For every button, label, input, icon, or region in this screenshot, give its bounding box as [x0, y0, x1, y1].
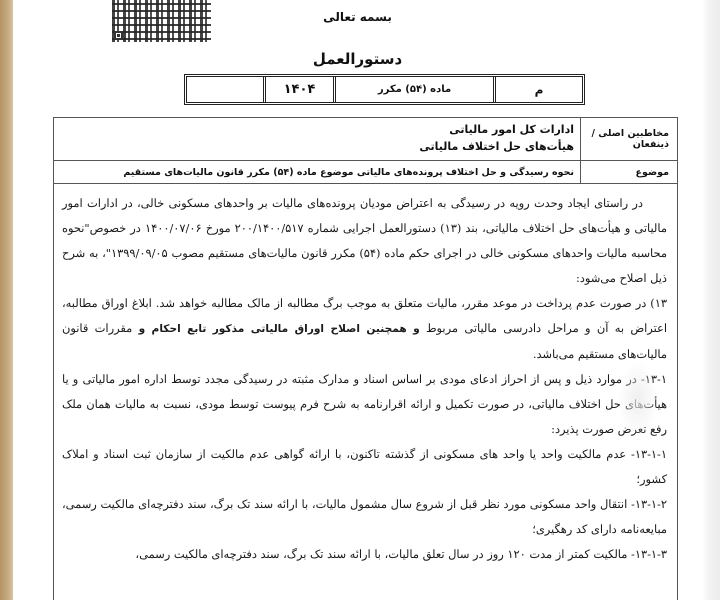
- paragraph-13-1-2: ۱۳-۱-۲- انتقال واحد مسکونی مورد نظر قبل …: [62, 492, 667, 542]
- scan-edge-right: [702, 0, 720, 600]
- subject-row: موضوع نحوه رسیدگی و حل اختلاف پرونده‌های…: [54, 161, 677, 184]
- document-title: دستورالعمل: [13, 50, 702, 68]
- reference-article: ماده (۵۴) مکرر: [333, 77, 493, 102]
- invocation-heading: بسمه تعالی: [13, 10, 702, 24]
- paragraph-13: ۱۳) در صورت عدم پرداخت در موعد مقرر، مال…: [62, 291, 667, 367]
- recipients-list: ادارات کل امور مالیاتی هیأت‌های حل اختلا…: [54, 118, 580, 160]
- reference-empty-cell: [187, 77, 263, 102]
- document-page: بسمه تعالی دستورالعمل ۱۴۰۴ ماده (۵۴) مکر…: [13, 0, 702, 600]
- paragraph-13-1-3: ۱۳-۱-۳- مالکیت کمتر از مدت ۱۲۰ روز در سا…: [62, 542, 667, 567]
- paragraph-13-1: ۱۳-۱- در موارد ذیل و پس از احراز ادعای م…: [62, 367, 667, 442]
- recipient-item: هیأت‌های حل اختلاف مالیاتی: [60, 138, 574, 155]
- recipient-item: ادارات کل امور مالیاتی: [60, 121, 574, 138]
- scan-edge-left: [0, 0, 13, 600]
- reference-table: ۱۴۰۴ ماده (۵۴) مکرر م: [184, 74, 585, 105]
- paragraph-13-bold-amendment: و همچنین اصلاح اوراق مالیاتی مذکور تابع …: [139, 323, 420, 335]
- subject-text: نحوه رسیدگی و حل اختلاف پرونده‌های مالیا…: [54, 161, 580, 183]
- paragraph-13-1-1: ۱۳-۱-۱- عدم مالکیت واحد یا واحد های مسکو…: [62, 442, 667, 492]
- reference-code: م: [493, 77, 582, 102]
- qr-finder-pattern: [114, 31, 123, 40]
- directive-body: در راستای ایجاد وحدت رویه در رسیدگی به ا…: [54, 184, 677, 567]
- recipients-label: مخاطبین اصلی / ذینفعان: [580, 118, 677, 160]
- reference-year: ۱۴۰۴: [263, 77, 333, 102]
- recipients-row: مخاطبین اصلی / ذینفعان ادارات کل امور ما…: [54, 118, 677, 161]
- intro-paragraph: در راستای ایجاد وحدت رویه در رسیدگی به ا…: [62, 191, 667, 291]
- subject-label: موضوع: [580, 161, 677, 183]
- directive-table: مخاطبین اصلی / ذینفعان ادارات کل امور ما…: [53, 117, 678, 600]
- scan-smudge: [618, 360, 658, 440]
